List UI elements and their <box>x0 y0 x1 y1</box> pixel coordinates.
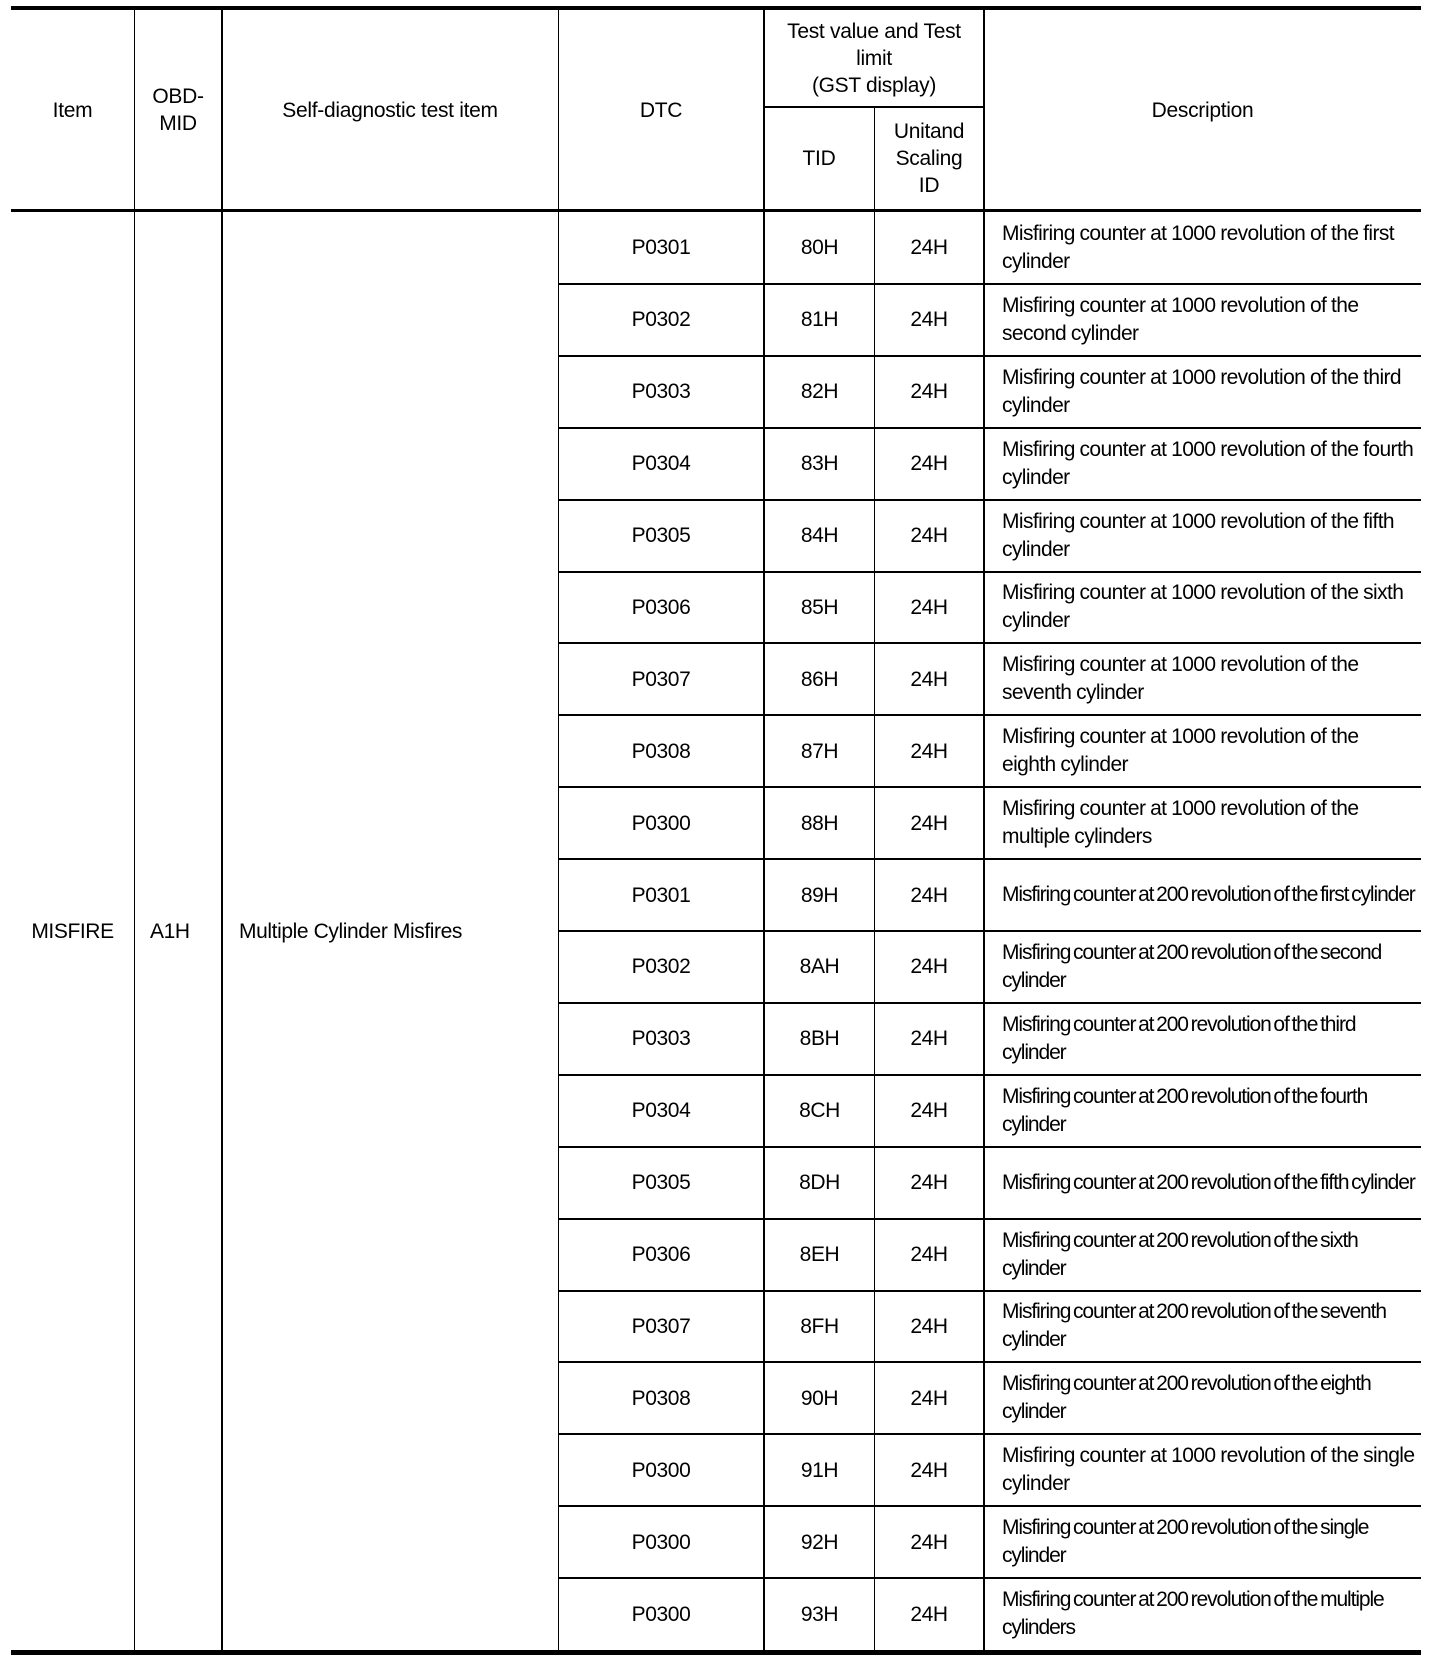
tid-cell: 93H <box>765 1578 874 1650</box>
unit-scaling-cell: 24H <box>875 931 983 1003</box>
dtc-cell: P0303 <box>559 356 763 428</box>
dtc-cell: P0308 <box>559 715 763 787</box>
description-cell: Misfiring counter at 1000 revolution of … <box>985 428 1421 500</box>
description-cell: Misfiring counter at 1000 revolution of … <box>985 1434 1421 1506</box>
tid-cell: 8EH <box>765 1219 874 1291</box>
dtc-cell: P0305 <box>559 1147 763 1219</box>
header-test-value-and-limit: Test value and Test limit (GST display) <box>764 10 984 107</box>
dtc-cell: P0302 <box>559 931 763 1003</box>
dtc-cell: P0306 <box>559 572 763 644</box>
unit-scaling-cell: 24H <box>875 428 983 500</box>
tid-cell: 92H <box>765 1506 874 1578</box>
tid-cell: 8FH <box>765 1291 874 1363</box>
dtc-cell: P0303 <box>559 1003 763 1075</box>
dtc-cell: P0302 <box>559 284 763 356</box>
dtc-cell: P0305 <box>559 500 763 572</box>
tid-cell: 80H <box>765 212 874 284</box>
unit-scaling-cell: 24H <box>875 572 983 644</box>
unit-scaling-cell: 24H <box>875 1219 983 1291</box>
description-cell: Misfiring counter at 200 revolution of t… <box>985 1075 1421 1147</box>
tid-cell: 89H <box>765 859 874 931</box>
tid-cell: 90H <box>765 1362 874 1434</box>
unit-scaling-cell: 24H <box>875 1075 983 1147</box>
tid-cell: 8CH <box>765 1075 874 1147</box>
dtc-cell: P0304 <box>559 428 763 500</box>
tid-cell: 84H <box>765 500 874 572</box>
group-item-misfire: MISFIRE <box>11 212 134 1650</box>
description-cell: Misfiring counter at 200 revolution of t… <box>985 931 1421 1003</box>
unit-scaling-cell: 24H <box>875 212 983 284</box>
tid-cell: 83H <box>765 428 874 500</box>
tid-cell: 85H <box>765 572 874 644</box>
description-cell: Misfiring counter at 200 revolution of t… <box>985 1362 1421 1434</box>
dtc-cell: P0307 <box>559 1291 763 1363</box>
unit-scaling-cell: 24H <box>875 859 983 931</box>
unit-scaling-cell: 24H <box>875 1434 983 1506</box>
tid-cell: 82H <box>765 356 874 428</box>
unit-scaling-cell: 24H <box>875 715 983 787</box>
dtc-cell: P0308 <box>559 1362 763 1434</box>
dtc-cell: P0301 <box>559 212 763 284</box>
header-self-diagnostic-test-item: Self-diagnostic test item <box>222 10 558 210</box>
unit-scaling-cell: 24H <box>875 1506 983 1578</box>
tid-cell: 8AH <box>765 931 874 1003</box>
header-item: Item <box>11 10 134 210</box>
description-cell: Misfiring counter at 200 revolution of t… <box>985 859 1421 931</box>
description-cell: Misfiring counter at 200 revolution of t… <box>985 1506 1421 1578</box>
tid-cell: 86H <box>765 643 874 715</box>
description-cell: Misfiring counter at 200 revolution of t… <box>985 1578 1421 1650</box>
dtc-cell: P0300 <box>559 787 763 859</box>
unit-scaling-cell: 24H <box>875 1291 983 1363</box>
table-bottom-rule <box>11 1650 1421 1655</box>
group-obd-mid: A1H <box>135 212 221 1650</box>
description-cell: Misfiring counter at 1000 revolution of … <box>985 572 1421 644</box>
dtc-cell: P0306 <box>559 1219 763 1291</box>
unit-scaling-cell: 24H <box>875 284 983 356</box>
unit-scaling-cell: 24H <box>875 1147 983 1219</box>
description-cell: Misfiring counter at 1000 revolution of … <box>985 643 1421 715</box>
description-cell: Misfiring counter at 1000 revolution of … <box>985 787 1421 859</box>
header-obd-mid: OBD- MID <box>134 10 222 210</box>
header-description: Description <box>984 10 1421 210</box>
description-cell: Misfiring counter at 200 revolution of t… <box>985 1291 1421 1363</box>
tid-cell: 87H <box>765 715 874 787</box>
unit-scaling-cell: 24H <box>875 643 983 715</box>
tid-cell: 8DH <box>765 1147 874 1219</box>
description-cell: Misfiring counter at 1000 revolution of … <box>985 356 1421 428</box>
dtc-cell: P0300 <box>559 1578 763 1650</box>
unit-scaling-cell: 24H <box>875 1578 983 1650</box>
tid-cell: 81H <box>765 284 874 356</box>
header-unit-and-scaling-id: Unitand Scaling ID <box>874 107 984 210</box>
description-cell: Misfiring counter at 1000 revolution of … <box>985 715 1421 787</box>
unit-scaling-cell: 24H <box>875 356 983 428</box>
description-cell: Misfiring counter at 200 revolution of t… <box>985 1147 1421 1219</box>
unit-scaling-cell: 24H <box>875 1362 983 1434</box>
dtc-cell: P0300 <box>559 1506 763 1578</box>
dtc-cell: P0301 <box>559 859 763 931</box>
tid-cell: 88H <box>765 787 874 859</box>
dtc-cell: P0300 <box>559 1434 763 1506</box>
unit-scaling-cell: 24H <box>875 500 983 572</box>
dtc-cell: P0304 <box>559 1075 763 1147</box>
tid-cell: 91H <box>765 1434 874 1506</box>
unit-scaling-cell: 24H <box>875 1003 983 1075</box>
dtc-cell: P0307 <box>559 643 763 715</box>
description-cell: Misfiring counter at 1000 revolution of … <box>985 284 1421 356</box>
group-self-diagnostic-item: Multiple Cylinder Misfires <box>223 212 558 1650</box>
description-cell: Misfiring counter at 200 revolution of t… <box>985 1003 1421 1075</box>
description-cell: Misfiring counter at 1000 revolution of … <box>985 500 1421 572</box>
description-cell: Misfiring counter at 200 revolution of t… <box>985 1219 1421 1291</box>
header-dtc: DTC <box>558 10 764 210</box>
description-cell: Misfiring counter at 1000 revolution of … <box>985 212 1421 284</box>
tid-cell: 8BH <box>765 1003 874 1075</box>
unit-scaling-cell: 24H <box>875 787 983 859</box>
header-tid: TID <box>764 107 874 210</box>
